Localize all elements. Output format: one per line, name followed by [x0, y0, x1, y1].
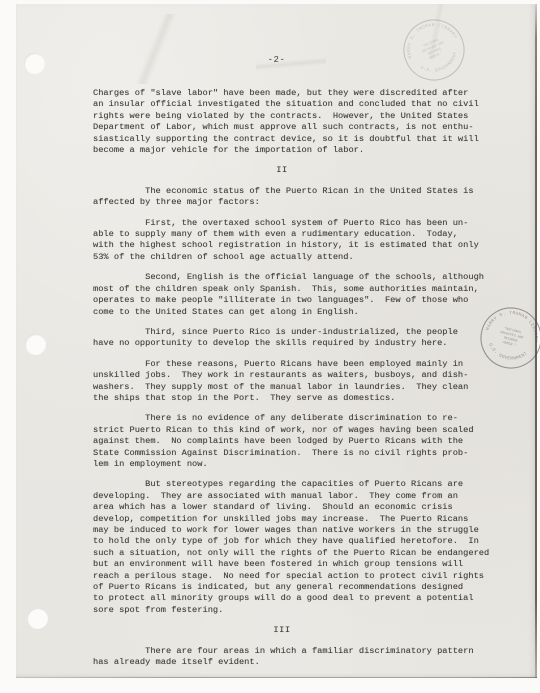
stamp-arc-top-text: HARRY S. TRUMAN LIBRARY — [398, 14, 458, 59]
paper-crease — [346, 4, 526, 59]
document-body: Charges of "slave labor" have been made,… — [93, 88, 507, 677]
document-page: -2- Charges of "slave labor" have been m… — [16, 4, 537, 678]
truman-library-stamp-icon: HARRY S. TRUMAN LIBRARY U.S. GOVERNMENT … — [392, 8, 476, 92]
hole-punch — [25, 334, 46, 355]
hole-punch — [27, 608, 48, 629]
paper-right-edge — [535, 4, 538, 678]
paragraph-first-schools: First, the overtaxed school system of Pu… — [93, 218, 507, 264]
page-number: -2- — [16, 55, 537, 65]
section-heading-iii: III — [93, 625, 507, 636]
stamp-center-line: ARCHIVES AND — [421, 40, 444, 53]
paragraph-third-industry: Third, since Puerto Rico is under-indust… — [93, 327, 507, 350]
paragraph-second-english: Second, English is the official language… — [93, 272, 507, 318]
stamp-center-line: "NATIONAL — [422, 37, 440, 48]
hole-punch — [24, 53, 45, 74]
scanned-document-screenshot: { "doc": { "page_number": "-2-", "blocks… — [0, 0, 540, 693]
paper-crease — [56, 14, 256, 84]
paragraph-no-discrimination: There is no evidence of any deliberate d… — [93, 413, 507, 470]
paragraph-stereotypes: But stereotypes regarding the capacities… — [93, 479, 507, 616]
paragraph-economic-status: The economic status of the Puerto Rican … — [93, 186, 507, 209]
paragraph-four-areas: There are four areas in which a familiar… — [93, 646, 507, 669]
svg-text:HARRY S. TRUMAN LIBRARY: HARRY S. TRUMAN LIBRARY — [398, 14, 458, 59]
paragraph-unskilled-jobs: For these reasons, Puerto Ricans have be… — [93, 359, 507, 405]
paragraph-slave-labor: Charges of "slave labor" have been made,… — [93, 88, 507, 156]
section-heading-ii: II — [93, 165, 507, 176]
paper-bottom-edge — [16, 677, 537, 679]
